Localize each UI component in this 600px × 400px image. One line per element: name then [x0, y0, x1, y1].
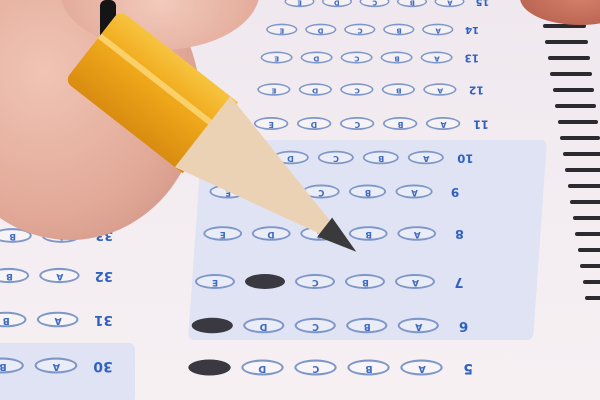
- timing-mark: [573, 216, 600, 220]
- bubble-5-d[interactable]: D: [241, 360, 283, 376]
- bubble-12-a[interactable]: A: [423, 83, 456, 95]
- answer-row-5: EDCBA5: [188, 360, 483, 376]
- bubble-letter: D: [312, 85, 318, 93]
- answer-row-13: EDCBA13: [261, 52, 483, 64]
- answer-row-11: EDCBA11: [254, 117, 493, 130]
- timing-marks: [520, 0, 600, 330]
- bubble-12-d[interactable]: D: [299, 83, 332, 95]
- answer-row-31: EDCBA31: [0, 312, 118, 328]
- bubble-10-c[interactable]: C: [318, 151, 354, 165]
- bubble-letter: E: [271, 85, 276, 93]
- question-number: 6: [449, 318, 478, 333]
- bubble-6-d[interactable]: D: [243, 318, 284, 333]
- timing-mark: [553, 88, 595, 92]
- bubble-letter: B: [363, 320, 370, 330]
- bubble-letter: D: [261, 277, 268, 287]
- timing-mark: [580, 264, 600, 268]
- timing-mark: [565, 168, 600, 172]
- bubble-11-c[interactable]: C: [340, 117, 374, 130]
- timing-mark: [583, 280, 600, 284]
- answer-row-7: EDCBA7: [195, 274, 473, 289]
- bubble-letter: E: [212, 277, 218, 287]
- bubble-14-b[interactable]: B: [383, 24, 414, 36]
- bubble-letter: B: [5, 270, 12, 280]
- question-number: 8: [446, 226, 473, 241]
- bubble-letter: B: [2, 314, 9, 324]
- question-number: 30: [88, 357, 118, 373]
- bubble-letter: B: [365, 362, 372, 373]
- bubble-13-c[interactable]: C: [341, 52, 373, 64]
- bubble-15-d[interactable]: D: [322, 0, 352, 7]
- bubble-10-b[interactable]: B: [363, 151, 399, 165]
- bubble-11-b[interactable]: B: [383, 117, 417, 130]
- bubble-letter: A: [437, 85, 443, 93]
- bubble-7-d[interactable]: D: [245, 274, 285, 289]
- bubble-15-c[interactable]: C: [360, 0, 390, 7]
- answer-row-32: EDCBA32: [0, 268, 118, 283]
- bubble-letter: C: [312, 320, 319, 330]
- bubble-letter: B: [396, 85, 402, 93]
- bubble-13-a[interactable]: A: [421, 52, 453, 64]
- bubble-letter: B: [364, 187, 370, 196]
- timing-mark: [585, 296, 600, 300]
- timing-mark: [550, 72, 592, 76]
- bubble-5-c[interactable]: C: [294, 360, 336, 376]
- bubble-letter: A: [412, 277, 419, 287]
- bubble-letter: D: [260, 320, 268, 330]
- bubble-13-d[interactable]: D: [301, 52, 333, 64]
- timing-mark: [548, 56, 591, 60]
- bubble-6-c[interactable]: C: [295, 318, 336, 333]
- bubble-letter: D: [318, 26, 324, 34]
- bubble-7-e[interactable]: E: [195, 274, 235, 289]
- bubble-letter: E: [297, 0, 302, 5]
- bubble-31-a[interactable]: A: [37, 312, 79, 328]
- bubble-8-a[interactable]: A: [397, 226, 436, 241]
- timing-mark: [560, 136, 600, 140]
- bubble-12-c[interactable]: C: [340, 83, 373, 95]
- bubble-letter: A: [435, 26, 440, 34]
- bubble-letter: A: [434, 54, 440, 62]
- bubble-11-d[interactable]: D: [297, 117, 331, 130]
- bubble-letter: B: [394, 54, 400, 62]
- question-number: 15: [472, 0, 493, 7]
- bubble-30-a[interactable]: A: [35, 357, 78, 373]
- bubble-letter: C: [372, 0, 377, 5]
- bubble-5-b[interactable]: B: [347, 360, 389, 376]
- answer-row-6: EDCBA6: [192, 318, 478, 333]
- bubble-letter: A: [440, 119, 446, 128]
- bubble-letter: B: [0, 360, 6, 371]
- bubble-6-e[interactable]: E: [192, 318, 233, 333]
- bubble-letter: C: [312, 362, 319, 373]
- bubble-letter: A: [415, 320, 422, 330]
- bubble-31-b[interactable]: B: [0, 312, 26, 328]
- timing-mark: [568, 184, 600, 188]
- bubble-7-a[interactable]: A: [395, 274, 435, 289]
- bubble-7-b[interactable]: B: [345, 274, 385, 289]
- bubble-15-e[interactable]: E: [285, 0, 315, 7]
- timing-mark: [570, 200, 600, 204]
- answer-row-12: EDCBA12: [257, 83, 488, 95]
- bubble-letter: A: [418, 362, 425, 373]
- question-number: 9: [442, 185, 468, 199]
- bubble-letter: B: [396, 26, 401, 34]
- answer-row-14: EDCBA14: [266, 24, 483, 36]
- bubble-32-b[interactable]: B: [0, 268, 29, 283]
- bubble-letter: A: [423, 153, 429, 162]
- question-number: 13: [461, 52, 483, 64]
- timing-mark: [555, 104, 596, 108]
- bubble-letter: C: [354, 54, 359, 62]
- bubble-letter: A: [54, 314, 61, 324]
- bubble-13-b[interactable]: B: [381, 52, 413, 64]
- bubble-letter: E: [209, 320, 215, 330]
- bubble-14-c[interactable]: C: [344, 24, 375, 36]
- bubble-32-a[interactable]: A: [39, 268, 79, 283]
- bubble-letter: C: [333, 153, 339, 162]
- bubble-letter: A: [52, 360, 59, 371]
- bubble-5-a[interactable]: A: [400, 360, 442, 376]
- bubble-letter: B: [409, 0, 414, 5]
- bubble-letter: E: [274, 54, 279, 62]
- bubble-letter: A: [411, 187, 417, 196]
- bubble-letter: B: [397, 119, 403, 128]
- bubble-15-a[interactable]: A: [435, 0, 465, 7]
- bubble-5-e[interactable]: E: [188, 360, 230, 376]
- bubble-12-e[interactable]: E: [257, 83, 290, 95]
- bubble-letter: E: [220, 229, 226, 239]
- bubble-letter: B: [362, 277, 369, 287]
- timing-mark: [545, 40, 588, 44]
- answer-row-30: EDCBA30: [0, 357, 118, 373]
- question-number: 11: [469, 117, 493, 130]
- timing-mark: [575, 232, 600, 236]
- question-number: 5: [453, 360, 483, 376]
- bubble-letter: B: [378, 153, 384, 162]
- answer-sheet-photo: EDCBA15EDCBA14EDCBA13EDCBA12EDCBA11EDCBA…: [0, 0, 600, 400]
- answer-row-15: EDCBA15: [285, 0, 494, 7]
- bubble-13-e[interactable]: E: [261, 52, 293, 64]
- bubble-14-e[interactable]: E: [266, 24, 297, 36]
- bubble-6-b[interactable]: B: [346, 318, 387, 333]
- timing-mark: [563, 152, 600, 156]
- question-number: 32: [90, 268, 118, 283]
- bubble-letter: D: [259, 362, 267, 373]
- bubble-11-a[interactable]: A: [426, 117, 460, 130]
- bubble-letter: A: [447, 0, 452, 5]
- bubble-14-d[interactable]: D: [305, 24, 336, 36]
- question-number: 12: [465, 83, 488, 95]
- bubble-14-a[interactable]: A: [422, 24, 453, 36]
- bubble-letter: C: [357, 26, 362, 34]
- bubble-30-b[interactable]: B: [0, 357, 24, 373]
- bubble-10-a[interactable]: A: [408, 151, 444, 165]
- bubble-letter: D: [311, 119, 317, 128]
- bubble-letter: A: [413, 229, 420, 239]
- bubble-letter: C: [354, 119, 360, 128]
- bubble-15-b[interactable]: B: [397, 0, 427, 7]
- bubble-9-a[interactable]: A: [395, 185, 432, 199]
- bubble-letter: C: [354, 85, 359, 93]
- bubble-6-a[interactable]: A: [398, 318, 439, 333]
- question-number: 10: [453, 151, 478, 165]
- timing-mark: [558, 120, 599, 124]
- bubble-letter: D: [334, 0, 340, 5]
- bubble-12-b[interactable]: B: [382, 83, 415, 95]
- bubble-letter: A: [56, 270, 63, 280]
- bubble-letter: E: [279, 26, 284, 34]
- question-number: 31: [89, 312, 118, 328]
- question-number: 7: [445, 274, 473, 289]
- bubble-letter: D: [314, 54, 320, 62]
- bubble-8-e[interactable]: E: [203, 226, 242, 241]
- bubble-letter: B: [9, 231, 16, 241]
- bubble-letter: E: [206, 362, 213, 373]
- question-number: 14: [461, 24, 483, 36]
- timing-mark: [578, 248, 600, 252]
